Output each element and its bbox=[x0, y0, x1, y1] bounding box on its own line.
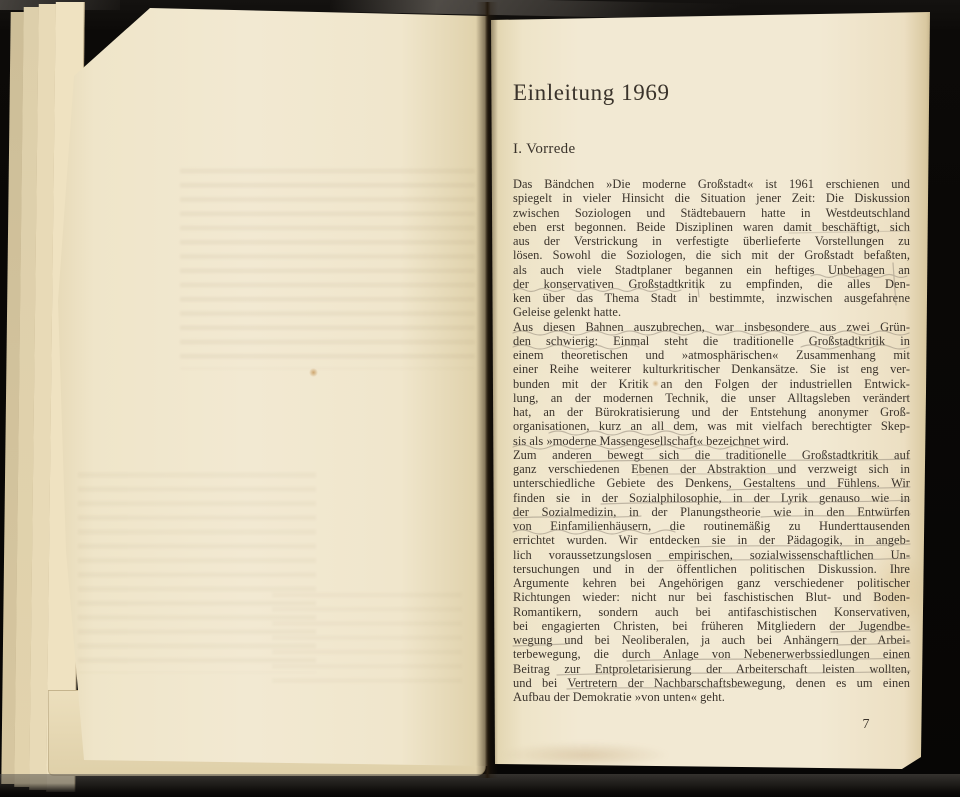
body-text-line: und bei Vertretern der Nachbarschaftsbew… bbox=[513, 676, 910, 690]
body-text-line: tersuchungen und in der öffentlichen pol… bbox=[513, 562, 910, 576]
body-text-line: Argumente kehren bei Angehörigen ganz ve… bbox=[513, 576, 910, 590]
show-through-text bbox=[180, 164, 475, 369]
body-text-line: unterschiedliche Gebiete des Denkens, Ge… bbox=[513, 476, 910, 490]
body-text-line: bei engagierten Christen, bei früheren M… bbox=[513, 619, 910, 633]
body-text-line: hat, an der Bürokratisierung und der Ent… bbox=[513, 405, 910, 419]
body-text-line: Zum anderen bewegt sich die traditionell… bbox=[513, 448, 910, 462]
body-text-line: Aufbau der Demokratie »von unten« geht. bbox=[513, 690, 910, 704]
body-text-line: ganz verschiedenen Ebenen der Abstraktio… bbox=[513, 462, 910, 476]
body-text-line: zwischen Soziologen und Städtebauern hat… bbox=[513, 206, 910, 220]
open-book-photo: Einleitung 1969 I. Vorrede Das Bändchen … bbox=[0, 0, 960, 797]
body-text-line: ken über das Thema Stadt in bestimmte, i… bbox=[513, 291, 910, 305]
body-text-line: lung, an der modernen Technik, die unser… bbox=[513, 391, 910, 405]
body-text-line: finden sie in der Sozialphilosophie, in … bbox=[513, 491, 910, 505]
body-text-line: aus der Verstrickung in verfestigte über… bbox=[513, 234, 910, 248]
body-text-line: lösen. Sowohl die Soziologen, die sich m… bbox=[513, 248, 910, 262]
body-text-line: als auch viele Stadtplaner begannen ein … bbox=[513, 263, 910, 277]
body-text-line: sis als »moderne Massengesellschaft« bez… bbox=[513, 434, 910, 448]
body-text-line: einer Reihe weiterer kulturkritischer De… bbox=[513, 362, 910, 376]
page-number: 7 bbox=[856, 717, 876, 733]
body-text-line: Geleise gelenkt hatte. bbox=[513, 305, 910, 319]
chapter-heading: Einleitung 1969 bbox=[513, 80, 670, 106]
body-text-line: der Sozialmedizin, in der Planungstheori… bbox=[513, 505, 910, 519]
body-text-line: terbewegung, die durch Anlage von Nebene… bbox=[513, 647, 910, 661]
body-text-line: bunden mit der Kritik an den Folgen der … bbox=[513, 377, 910, 391]
body-text-line: spiegelt in vieler Hinsicht die Situatio… bbox=[513, 191, 910, 205]
body-text-line: organisationen, kurz an all dem, was mit… bbox=[513, 419, 910, 433]
left-page bbox=[50, 6, 488, 766]
body-text-line: Beitrag zur Entproletarisierung der Arbe… bbox=[513, 662, 910, 676]
body-text-line: Romantikern, sondern auch bei antifaschi… bbox=[513, 605, 910, 619]
body-text-line: eben erst begonnen. Beide Disziplinen wa… bbox=[513, 220, 910, 234]
body-text-line: lich voraussetzungslosen empirischen, so… bbox=[513, 548, 910, 562]
body-text-line: errichtet wurden. Wir entdecken sie in d… bbox=[513, 533, 910, 547]
show-through-text bbox=[272, 588, 462, 686]
body-text-line: Das Bändchen »Die moderne Großstadt« ist… bbox=[513, 177, 910, 191]
body-text-line: Richtungen wieder: nicht nur bei faschis… bbox=[513, 590, 910, 604]
body-text-line: wegung und bei Neoliberalen, ja auch bei… bbox=[513, 633, 910, 647]
body-text-line: der konservativen Großstadtkritik zu emp… bbox=[513, 277, 910, 291]
body-text-line: Aus diesen Bahnen auszubrechen, war insb… bbox=[513, 320, 910, 334]
body-text: Das Bändchen »Die moderne Großstadt« ist… bbox=[513, 177, 910, 704]
body-text-line: den schwierig: Einmal steht die traditio… bbox=[513, 334, 910, 348]
body-text-line: einem theoretischen und »atmosphärischen… bbox=[513, 348, 910, 362]
book-gutter bbox=[476, 2, 498, 778]
body-text-line: von Einfamilienhäusern, die routinemäßig… bbox=[513, 519, 910, 533]
section-title: I. Vorrede bbox=[513, 140, 575, 158]
